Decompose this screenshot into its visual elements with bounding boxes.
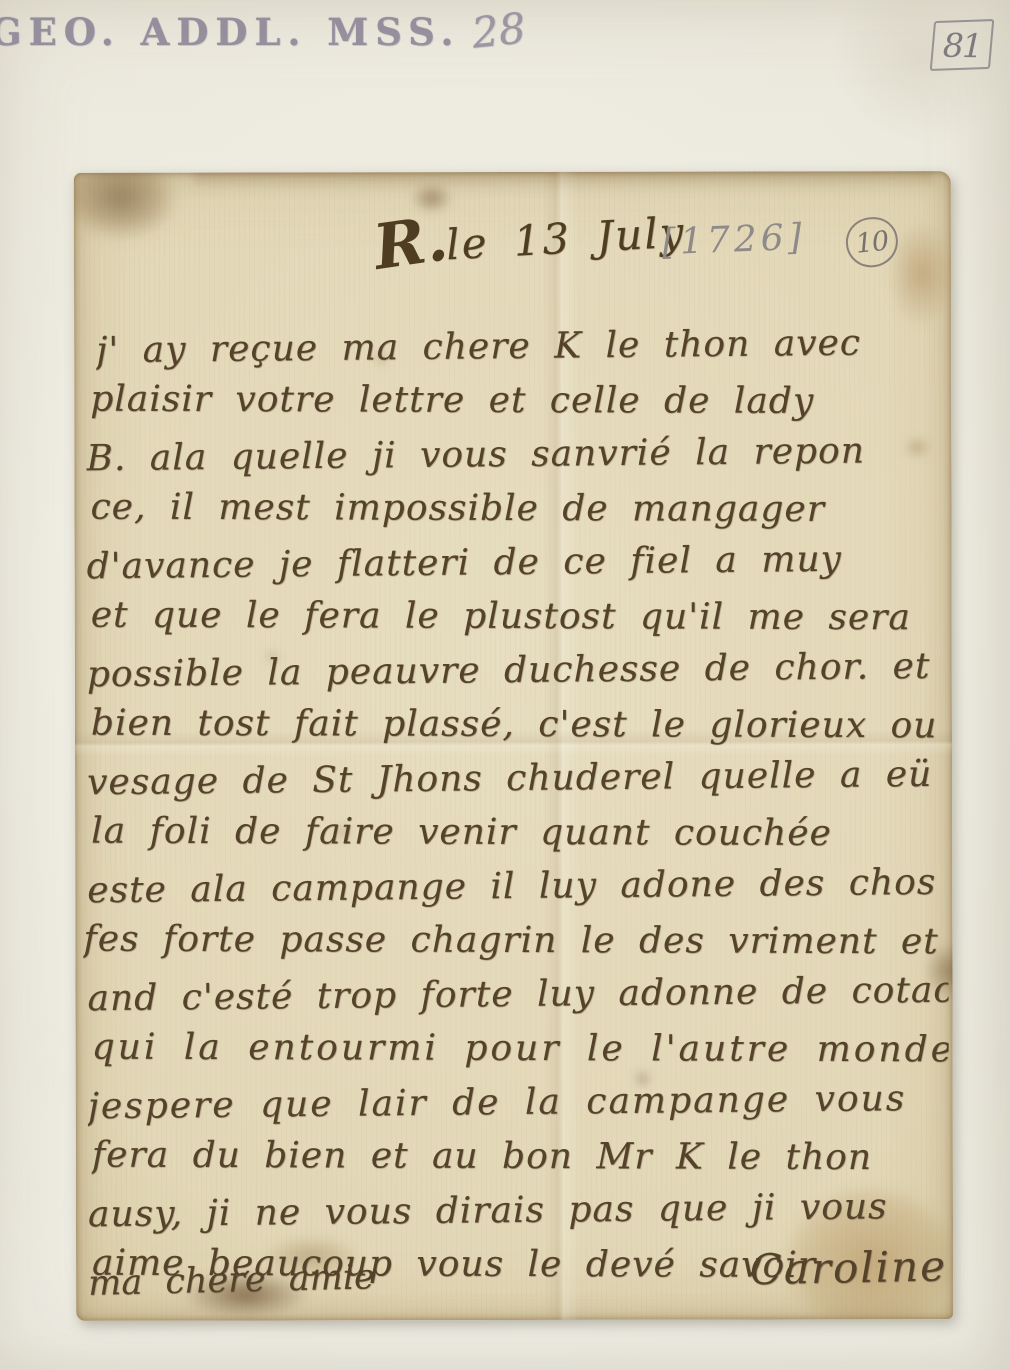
signature-flourish xyxy=(755,1320,817,1321)
letter-heading: R. le 13 July [1726] 10 xyxy=(74,201,951,303)
signature-text: Caroline xyxy=(749,1241,947,1294)
folio-number-box: 81 xyxy=(930,19,995,71)
manuscript-line: j' ay reçue ma chere K le thon avec xyxy=(96,316,947,378)
stain-top-edge xyxy=(194,171,934,191)
manuscript-line: ce, il mest impossible de mangager xyxy=(90,481,947,538)
letter-body: j' ay reçue ma chere K le thon avec plai… xyxy=(86,319,949,1293)
circled-item-number: 10 xyxy=(843,215,900,270)
pencil-year-annotation: [1726] xyxy=(661,217,806,263)
manuscript-line: et que le fera le plustost qu'il me sera xyxy=(91,589,948,646)
manuscript-line: vesage de St Jhons chuderel quelle a eü xyxy=(87,748,948,811)
manuscript-line: plaisir votre lettre et celle de lady xyxy=(90,373,947,430)
archive-stamp: GEO. ADDL. MSS. 28 xyxy=(0,6,525,55)
folio-number: 81 xyxy=(943,25,982,64)
manuscript-line: la foli de faire venir quant couchée xyxy=(91,805,948,862)
circled-item-number-value: 10 xyxy=(854,225,889,259)
manuscript-line: fes forte passe chagrin le des vriment e… xyxy=(83,913,948,970)
manuscript-scan-page: GEO. ADDL. MSS. 28 81 R. le 13 July [172… xyxy=(0,0,1010,1370)
archive-stamp-number: 28 xyxy=(469,3,527,57)
signature-caroline: Caroline xyxy=(749,1241,948,1321)
archive-stamp-text: GEO. ADDL. MSS. xyxy=(0,10,460,54)
manuscript-line: jespere que lair de la campange vous xyxy=(88,1072,949,1135)
manuscript-line: and c'esté trop forte luy adonne de cota… xyxy=(87,964,948,1027)
manuscript-line: ausy, ji ne vous dirais pas que ji vous xyxy=(88,1180,949,1243)
manuscript-line: B. ala quelle ji vous sanvrié la repon xyxy=(86,424,947,487)
closing-row: ma chere amie Caroline xyxy=(88,1237,943,1319)
date-line: le 13 July xyxy=(445,207,687,269)
closing-salutation: ma chere amie xyxy=(88,1257,375,1304)
manuscript-line: fera du bien et au bon Mr K le thon xyxy=(92,1129,949,1186)
place-initial: R. xyxy=(369,201,452,284)
manuscript-line: possible la peauvre duchesse de chor. et xyxy=(87,640,948,703)
manuscript-line: qui la entourmi pour le l'autre monde xyxy=(92,1021,949,1078)
manuscript-line: bien tost fait plassé, c'est le glorieux… xyxy=(91,697,948,754)
manuscript-line: d'avance je flatteri de ce fiel a muy xyxy=(86,532,947,595)
letter-sheet: R. le 13 July [1726] 10 j' ay reçue ma c… xyxy=(74,171,953,1321)
manuscript-line: este ala campange il luy adone des chos xyxy=(87,856,948,919)
